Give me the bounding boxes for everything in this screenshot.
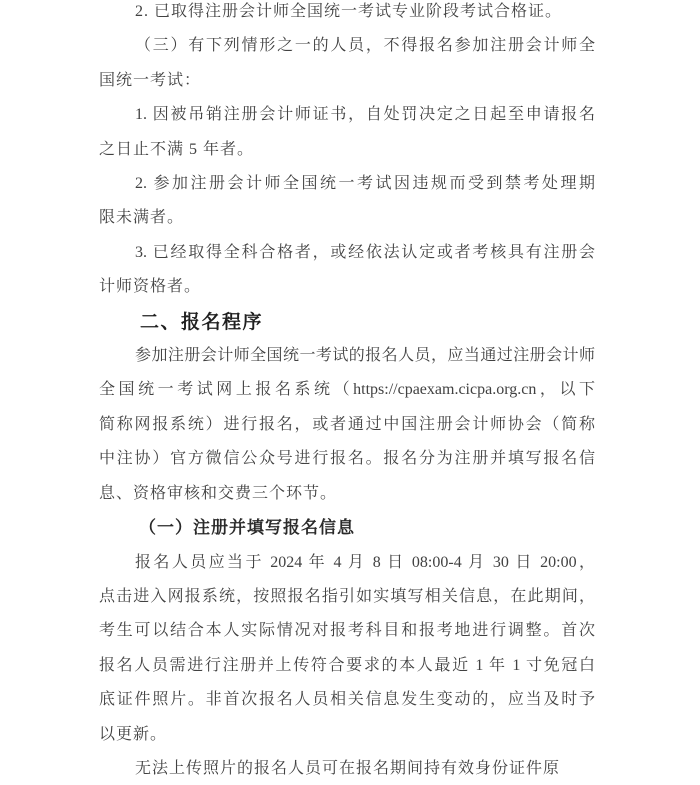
text-line: 报名人员需进行注册并上传符合要求的本人最近 1 年 1 寸免冠白 [99, 649, 595, 683]
text-line: 参加注册会计师全国统一考试的报名人员，应当通过注册会计师 [99, 339, 595, 373]
text-line: 2. 参加注册会计师全国统一考试因违规而受到禁考处理期 [99, 167, 595, 201]
text-line: 3. 已经取得全科合格者，或经依法认定或者考核具有注册会 [99, 236, 595, 270]
text-line: 点击进入网报系统，按照报名指引如实填写相关信息，在此期间， [99, 580, 595, 614]
text-line: 限未满者。 [99, 201, 595, 235]
text-line: 中注协）官方微信公众号进行报名。报名分为注册并填写报名信 [99, 442, 595, 476]
text-line: 底证件照片。非首次报名人员相关信息发生变动的，应当及时予 [99, 683, 595, 717]
text-line: 2. 已取得注册会计师全国统一考试专业阶段考试合格证。 [99, 0, 595, 29]
text-line: 以更新。 [99, 718, 595, 752]
text-line: 1. 因被吊销注册会计师证书，自处罚决定之日起至申请报名 [99, 98, 595, 132]
text-line: 无法上传照片的报名人员可在报名期间持有效身份证件原 [99, 752, 595, 785]
text-line: （三）有下列情形之一的人员，不得报名参加注册会计师全 [99, 29, 595, 63]
text-line: 国统一考试： [99, 64, 595, 98]
section-heading: （一）注册并填写报名信息 [99, 511, 595, 545]
text-line: 全国统一考试网上报名系统（https://cpaexam.cicpa.org.c… [99, 373, 595, 407]
document-text-block: 2. 已取得注册会计师全国统一考试专业阶段考试合格证。（三）有下列情形之一的人员… [99, 0, 595, 785]
text-line: 之日止不满 5 年者。 [99, 133, 595, 167]
section-heading: 二、报名程序 [99, 305, 595, 339]
text-line: 息、资格审核和交费三个环节。 [99, 477, 595, 511]
document-page: 2. 已取得注册会计师全国统一考试专业阶段考试合格证。（三）有下列情形之一的人员… [0, 0, 700, 785]
text-line: 考生可以结合本人实际情况对报考科目和报考地进行调整。首次 [99, 614, 595, 648]
text-line: 简称网报系统）进行报名，或者通过中国注册会计师协会（简称 [99, 408, 595, 442]
text-line: 计师资格者。 [99, 270, 595, 304]
text-line: 报名人员应当于 2024 年 4 月 8 日 08:00-4 月 30 日 20… [99, 546, 595, 580]
